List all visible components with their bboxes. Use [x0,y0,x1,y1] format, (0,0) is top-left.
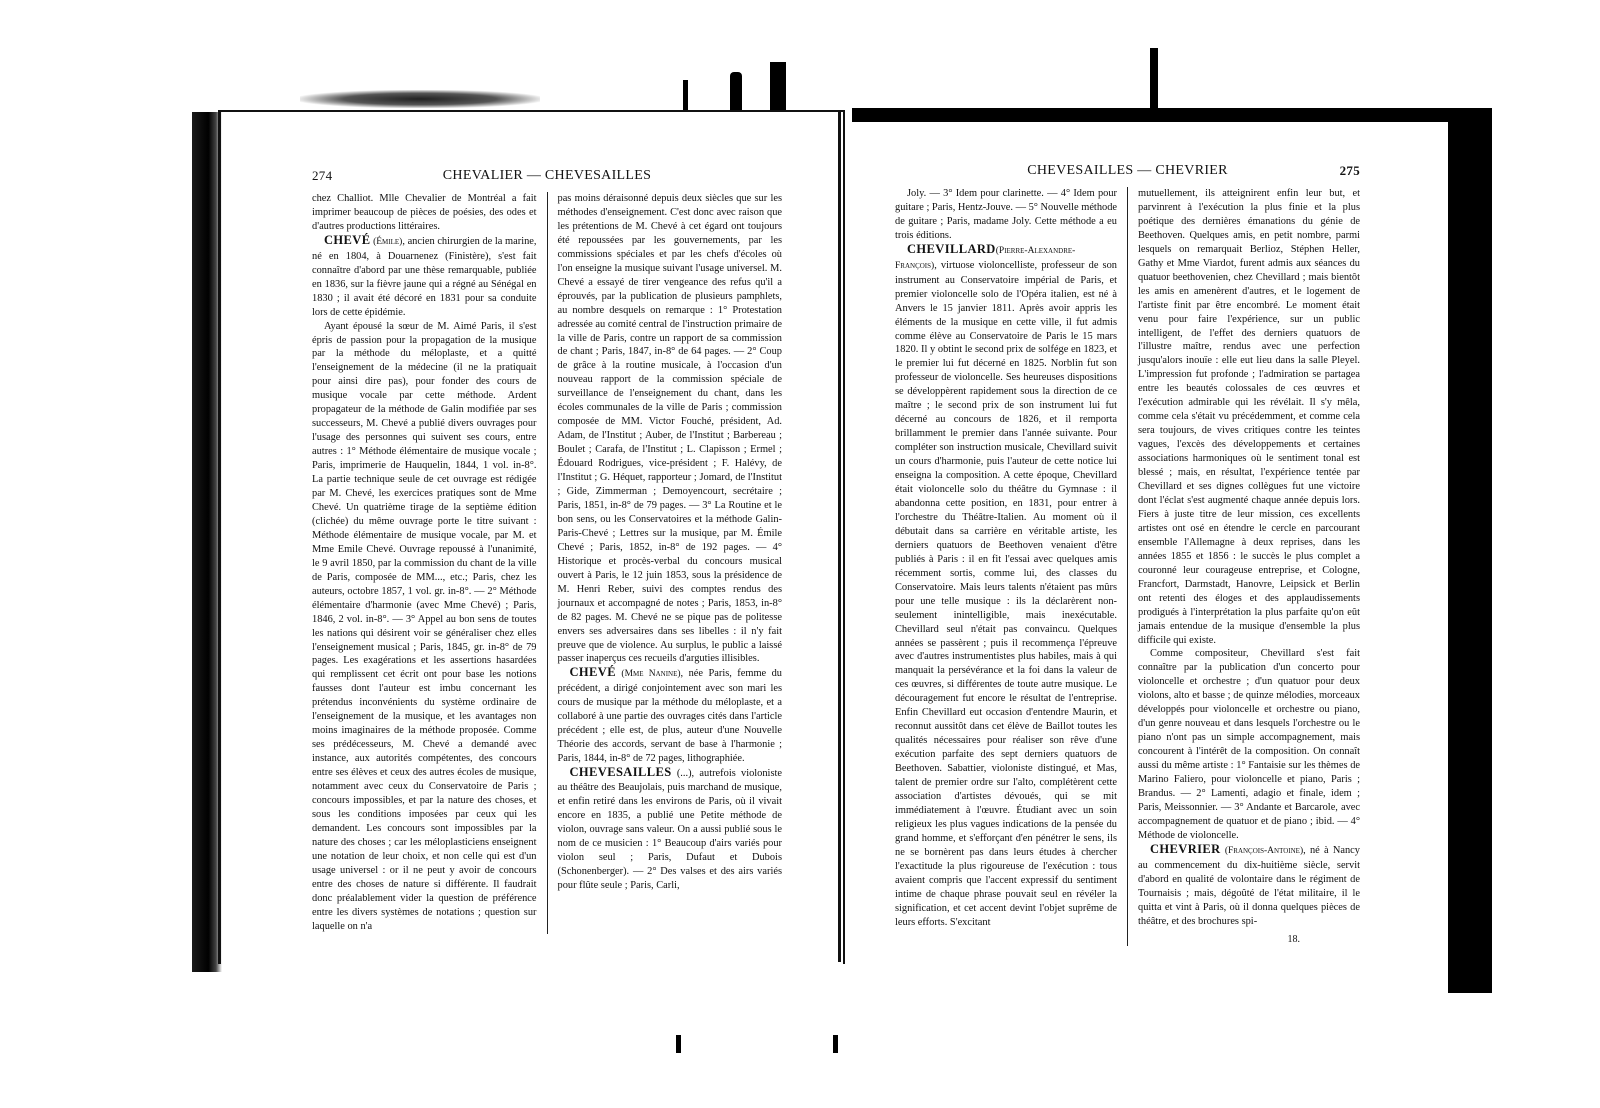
scan-clip-mark [770,62,786,110]
paragraph: Comme compositeur, Chevillard s'est fait… [1138,647,1360,842]
left-page: 274 CHEVALIER — CHEVESAILLES chez Challi… [312,168,782,934]
scan-clip-mark [1150,48,1158,108]
paragraph: mutuellement, ils atteignirent enfin leu… [1138,187,1360,647]
running-head: CHEVESAILLES — CHEVRIER 275 [895,163,1360,181]
running-head-title: CHEVALIER — CHEVESAILLES [312,168,782,184]
scan-clip-mark [683,80,688,110]
entry-headword: CHEVÉ [570,665,616,679]
scan-smudge-top [300,90,540,108]
column-rule [1127,187,1128,946]
entry-headword: CHEVILLARD [907,242,996,256]
running-head-title: CHEVESAILLES — CHEVRIER [895,163,1360,179]
column-2: mutuellement, ils atteignirent enfin leu… [1138,187,1360,946]
scan-clip-mark [730,72,742,110]
book-gutter [838,110,841,962]
dictionary-entry: CHEVILLARD(Pierre-Alexandre-François), v… [895,243,1117,930]
entry-headword: CHEVRIER [1150,842,1221,856]
signature-mark: 18. [1138,933,1360,947]
entry-body: , née Paris, femme du précédent, a dirig… [558,668,783,764]
entry-forename: (François-Antoine) [1225,846,1303,856]
dictionary-entry: CHEVRIER (François-Antoine), né à Nancy … [1138,843,1360,929]
column-1: chez Challiot. Mlle Chevalier de Montréa… [312,192,537,934]
page-number: 275 [1340,163,1360,179]
paragraph: pas moins déraisonné depuis deux siècles… [558,192,783,666]
column-rule [547,192,548,934]
dictionary-entry: CHEVÉ (Émile), ancien chirurgien de la m… [312,234,537,320]
text-columns: Joly. — 3° Idem pour clarinette. — 4° Id… [895,187,1360,946]
entry-forename: (Mme Nanine) [621,669,680,679]
entry-body: , né à Nancy au commencement du dix-huit… [1138,845,1360,927]
column-2: pas moins déraisonné depuis deux siècles… [558,192,783,934]
text-columns: chez Challiot. Mlle Chevalier de Montréa… [312,192,782,934]
right-page: CHEVESAILLES — CHEVRIER 275 Joly. — 3° I… [895,163,1360,946]
running-head: 274 CHEVALIER — CHEVESAILLES [312,168,782,186]
dictionary-entry: CHEVÉ (Mme Nanine), née Paris, femme du … [558,666,783,766]
paragraph: Joly. — 3° Idem pour clarinette. — 4° Id… [895,187,1117,243]
entry-body: , ancien chirurgien de la marine, né en … [312,236,537,318]
paragraph: Ayant épousé la sœur de M. Aimé Paris, i… [312,320,537,934]
scan-mark-bottom [833,1035,838,1053]
entry-forename: (...) [677,768,692,779]
entry-body: , virtuose violoncelliste, professeur de… [895,260,1117,928]
column-1: Joly. — 3° Idem pour clarinette. — 4° Id… [895,187,1117,946]
scan-mark-bottom [676,1035,681,1053]
dictionary-entry: CHEVESAILLES (...), autrefois violoniste… [558,766,783,893]
entry-forename: (Émile) [373,237,402,247]
entry-headword: CHEVESAILLES [570,765,672,779]
entry-headword: CHEVÉ [324,233,370,247]
entry-body: , autrefois violoniste au théâtre des Be… [558,768,783,891]
paragraph: chez Challiot. Mlle Chevalier de Montréa… [312,192,537,234]
